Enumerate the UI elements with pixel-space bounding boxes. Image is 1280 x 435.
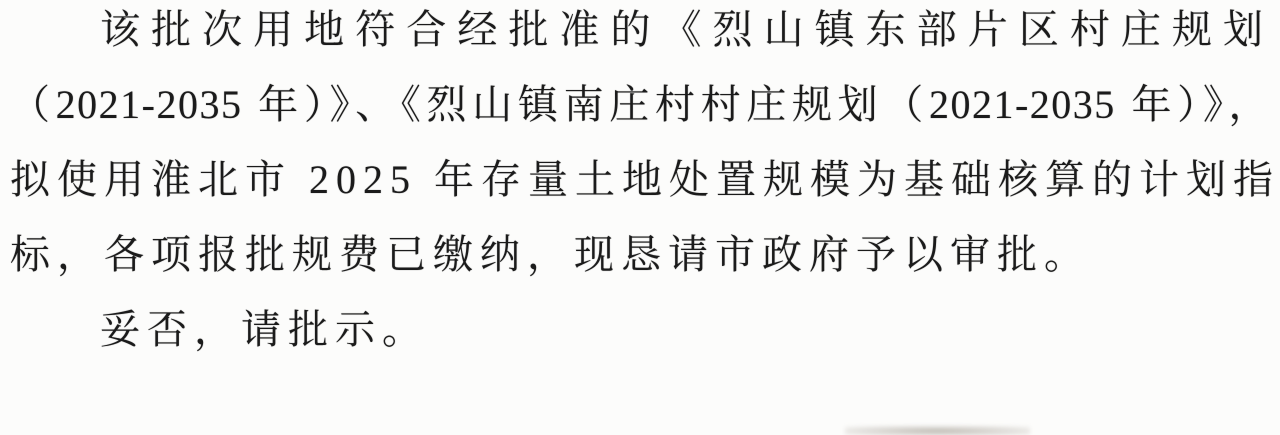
document-line-4: 标，各项报批规费已缴纳，现恳请市政府予以审批。 <box>0 217 1280 292</box>
document-line-5: 妥否，请批示。 <box>0 292 1280 367</box>
document-body: 该批次用地符合经批准的《烈山镇东部片区村庄规划 （2021-2035 年）》、《… <box>0 0 1280 367</box>
document-line-3: 拟使用淮北市 2025 年存量土地处置规模为基础核算的计划指 <box>0 142 1280 217</box>
document-page: 该批次用地符合经批准的《烈山镇东部片区村庄规划 （2021-2035 年）》、《… <box>0 0 1280 435</box>
document-line-1: 该批次用地符合经批准的《烈山镇东部片区村庄规划 <box>0 0 1280 67</box>
photo-artifact-smudge <box>845 426 1030 435</box>
document-line-2: （2021-2035 年）》、《烈山镇南庄村村庄规划（2021-2035 年）》… <box>0 67 1280 142</box>
